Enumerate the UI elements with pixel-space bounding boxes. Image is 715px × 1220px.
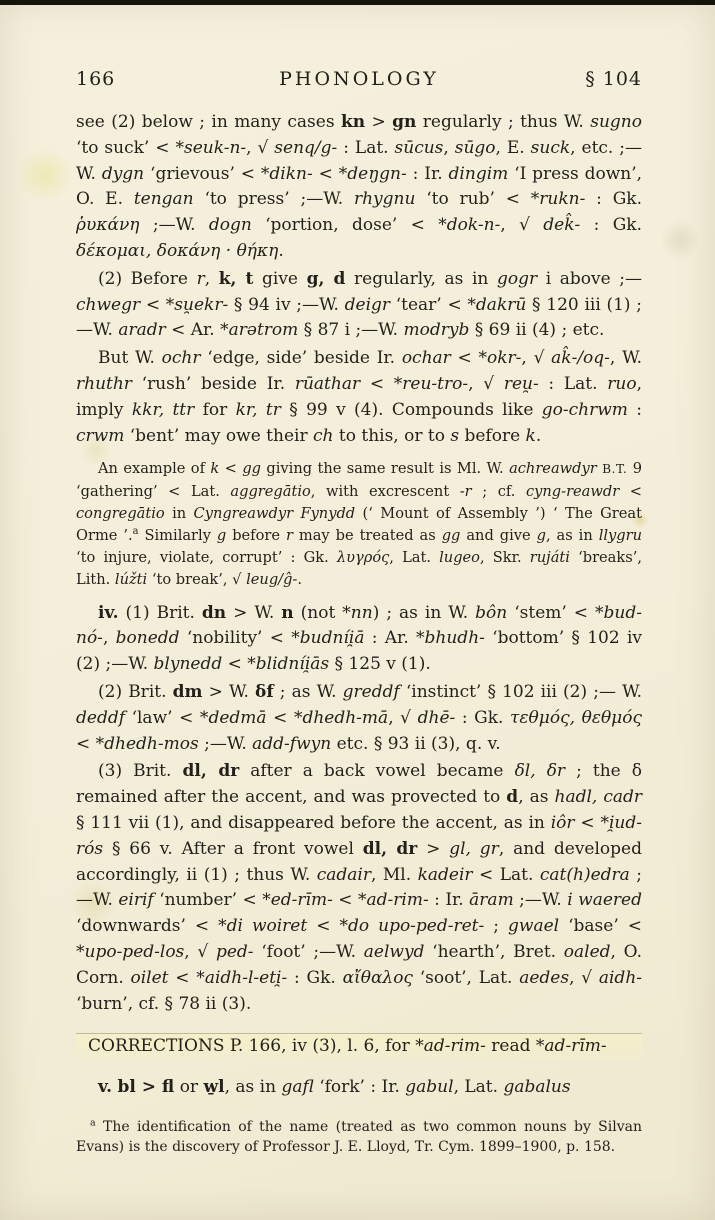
text-run: cadair [317,865,371,885]
text-run: modryb [404,320,470,340]
text-run: suck [531,138,571,158]
text-run: iôr [551,813,575,833]
scan-top-edge [0,0,715,5]
text-run: B.T. [602,462,627,476]
text-run: a [90,1117,96,1128]
text-run: k, t [219,269,254,289]
paragraph-5: iv. (1) Brit. dn > W. n (not *nn) ; as i… [76,601,642,678]
text-run: gabalus [503,1077,570,1097]
paragraph-3: But W. ochr ‘edge, side’ beside Ir. ocha… [76,346,642,449]
text-run: tengan [134,189,194,209]
paragraph-6: (2) Brit. dm > W. δf ; as W. greddf ‘ins… [76,680,642,757]
text-run: cyng-reawdr [526,483,619,500]
page-number: 166 [76,68,186,90]
text-run: gg [242,460,261,477]
text-run: senq/g- [274,138,337,158]
text-run: dygn [102,164,144,184]
text-run: deddf [76,708,125,728]
text-run: crwm [76,426,124,446]
text-run: reu̯- [504,374,539,394]
text-run: k [210,460,219,477]
text-run: aidh- [599,968,642,988]
text-run: upo-ped-los [85,942,185,962]
text-run: rūathar [295,374,360,394]
text-run: dhedh-mos [104,734,199,754]
text-block: see (2) below ; in many cases kn > gn re… [76,110,642,1158]
text-run: go-chrwm [542,400,628,420]
text-run: dek̂- [543,215,580,235]
text-run: dakrū [476,295,526,315]
text-run: eirif [118,890,153,910]
text-run: dm [173,682,203,702]
text-run: kkr, ttr [132,400,194,420]
paragraph-8: CORRECTIONS P. 166, iv (3), l. 6, for *a… [76,1033,642,1060]
text-run: lugeo [439,549,480,566]
text-run: okr- [487,348,521,368]
text-run: ad-rīm- [544,1036,606,1056]
text-run: arətrom [229,320,299,340]
text-run: ῥυκάνη [76,215,139,235]
text-run: v. [98,1077,112,1097]
text-run: d [506,787,518,807]
text-run: dhedh-mā [302,708,388,728]
text-run: δl, δr [515,761,566,781]
text-run: k [526,426,536,446]
text-run: g, d [307,269,346,289]
text-run: cat(h)edra [540,865,630,885]
text-run: bl > fl [118,1077,175,1097]
text-run: kr, tr [236,400,281,420]
text-run: nn [351,603,373,623]
text-run: add-fwyn [252,734,331,754]
text-run: gogr [497,269,537,289]
text-run: achreawdyr [509,460,597,477]
text-run: reu-tro- [402,374,468,394]
text-run: chwegr [76,295,140,315]
text-run: i waered [567,890,642,910]
text-run: ed-rīm- [271,890,333,910]
text-run: greddf [343,682,400,702]
text-run: rhygnu [354,189,415,209]
paragraph-7: (3) Brit. dl, dr after a back vowel beca… [76,759,642,1017]
text-run: dikn- [269,164,312,184]
text-run: deŋgn- [347,164,406,184]
text-run: ochr [162,348,201,368]
text-run: rhuthr [76,374,132,394]
text-run: τεθμός, θεθμός [510,708,642,728]
text-run: bhudh- [425,628,485,648]
text-run: dl, dr [363,839,417,859]
text-run: bôn [475,603,507,623]
text-run: rujáti [530,549,570,566]
text-run: ad-rim- [367,890,429,910]
text-run: gg [442,527,461,544]
text-run: sugno [590,112,642,132]
page-header: 166 PHONOLOGY § 104 [76,68,642,90]
text-run: oaled [564,942,611,962]
paragraph-10: a The identification of the name (treate… [76,1117,642,1158]
text-run: seuk-n- [184,138,246,158]
section-number: § 104 [532,68,642,90]
text-run: sūgo [455,138,496,158]
text-run: lúžti [115,571,147,588]
text-run: bonedd [116,628,180,648]
text-run: w̱l [203,1077,224,1097]
paragraph-9: v. bl > fl or w̱l, as in gafl ‘fork’ : I… [76,1075,642,1101]
text-run: sūcus [395,138,444,158]
text-run: dok-n- [447,215,501,235]
text-run: kn [341,112,365,132]
text-run: congregātio [76,505,165,522]
text-run: rukn- [539,189,585,209]
text-run: g [537,527,546,544]
text-run: aradr [118,320,165,340]
text-run: gabul [405,1077,453,1097]
text-run: -r [460,483,472,500]
text-run: kadeir [418,865,473,885]
text-run: Cyngreawdyr Fynydd [194,505,356,522]
text-run: llygru [599,527,642,544]
text-run: su̯ekr- [174,295,228,315]
text-run: iv. [98,603,119,623]
book-page: 166 PHONOLOGY § 104 see (2) below ; in m… [0,0,715,1220]
text-run: dl, dr [182,761,239,781]
text-run: δέκομαι, δοκάνη · θήκη [76,241,278,261]
text-run: blidníi̯ās [256,654,329,674]
text-run: dhē- [418,708,456,728]
text-run: ak̂-/oq- [551,348,610,368]
text-run: n [281,603,293,623]
text-run: δf [255,682,274,702]
text-run: dogn [209,215,252,235]
paragraph-1: see (2) below ; in many cases kn > gn re… [76,110,642,265]
text-run: αἴθαλος [343,968,413,988]
paragraph-4: An example of k < gg giving the same res… [76,458,642,591]
text-run: ad-rim- [424,1036,486,1056]
text-run: a [133,526,139,537]
text-run: λυγρός [337,549,389,566]
text-run: r [286,527,293,544]
text-run: aidh-l-eti̯- [205,968,287,988]
text-run: dingim [449,164,509,184]
text-run: do upo-ped-ret- [348,916,484,936]
text-run: blynedd [154,654,223,674]
text-run: ch [313,426,333,446]
text-run: aedes [519,968,569,988]
text-run: leug/ĝ- [246,571,297,588]
text-run: āram [469,890,514,910]
text-run: deigr [345,295,390,315]
text-run: di woiret [227,916,308,936]
text-run: aggregātio [230,483,310,500]
text-run: r [197,269,205,289]
text-run: dn [202,603,226,623]
text-run: ruo [607,374,636,394]
text-run: hadl, cadr [555,787,643,807]
paragraph-2: (2) Before r, k, t give g, d regularly, … [76,267,642,344]
text-run: gwael [508,916,559,936]
text-run: ochar [402,348,451,368]
text-run: aelwyd [364,942,425,962]
running-title: PHONOLOGY [186,68,532,90]
text-run: gafl [281,1077,313,1097]
text-run: ped- [216,942,254,962]
text-run: dedmā [208,708,266,728]
text-run: g [217,527,226,544]
text-run: gl, gr [449,839,499,859]
text-run: s [450,426,459,446]
text-run: gn [392,112,416,132]
text-run: oilet [131,968,169,988]
text-run: budníi̯ā [300,628,365,648]
